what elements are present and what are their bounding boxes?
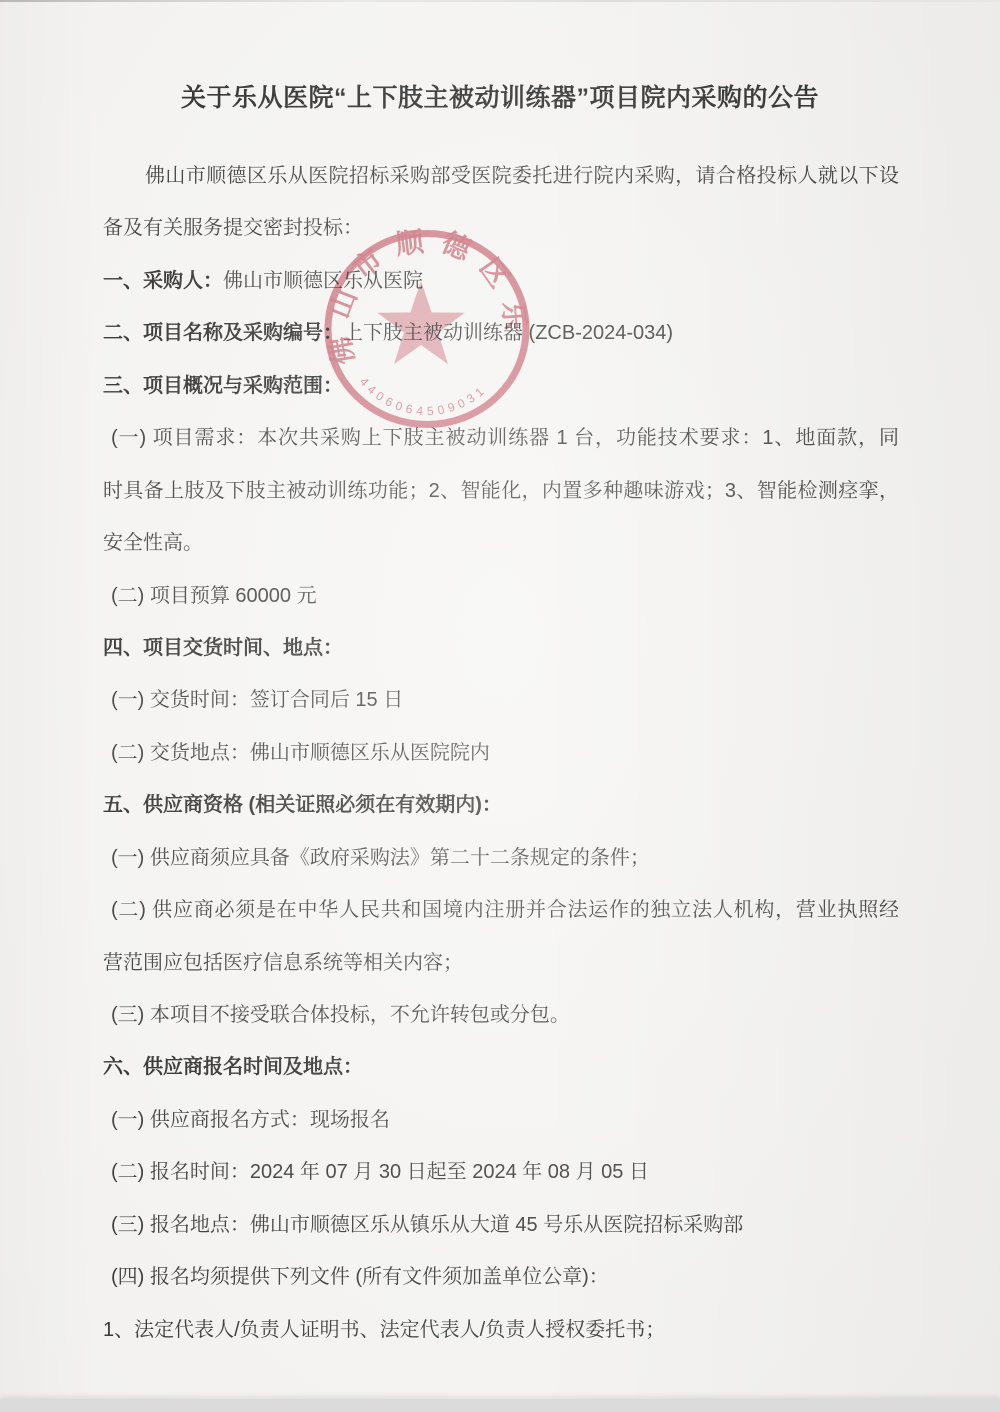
text-line: (一) 项目需求：本次共采购上下肢主被动训练器 1 台，功能技术要求：1、地面款… bbox=[103, 412, 899, 464]
line-heading: 六、供应商报名时间及地点： bbox=[103, 1056, 363, 1078]
text-line: 二、项目名称及采购编号：上下肢主被动训练器 (ZCB-2024-034) bbox=[103, 307, 899, 359]
text-line: (四) 报名均须提供下列文件 (所有文件须加盖单位公章)： bbox=[103, 1251, 899, 1303]
scanned-page: 关于乐从医院“上下肢主被动训练器”项目院内采购的公告 佛山市顺德区乐从医院招标采… bbox=[0, 0, 1000, 1412]
text-line: (三) 报名地点：佛山市顺德区乐从镇乐从大道 45 号乐从医院招标采购部 bbox=[103, 1199, 899, 1251]
text-line: 营范围应包括医疗信息系统等相关内容； bbox=[103, 937, 899, 989]
text-line: 一、采购人：佛山市顺德区乐从医院 bbox=[103, 255, 899, 307]
scan-edge-bottom bbox=[0, 1399, 1000, 1412]
line-heading: 二、项目名称及采购编号： bbox=[103, 322, 343, 344]
text-line: 时具备上肢及下肢主被动训练功能；2、智能化，内置多种趣味游戏；3、智能检测痉挛， bbox=[103, 465, 899, 517]
text-line: (二) 项目预算 60000 元 bbox=[103, 570, 899, 622]
line-heading: 一、采购人： bbox=[103, 270, 223, 292]
text-line: (二) 供应商必须是在中华人民共和国境内注册并合法运作的独立法人机构，营业执照经 bbox=[103, 884, 899, 936]
line-heading: 三、项目概况与采购范围： bbox=[103, 375, 343, 397]
text-line: 三、项目概况与采购范围： bbox=[103, 360, 899, 412]
document-body: 佛山市顺德区乐从医院招标采购部受医院委托进行院内采购，请合格投标人就以下设备及有… bbox=[103, 150, 899, 1356]
document-title: 关于乐从医院“上下肢主被动训练器”项目院内采购的公告 bbox=[0, 78, 1000, 118]
text-line: 1、法定代表人/负责人证明书、法定代表人/负责人授权委托书； bbox=[103, 1304, 899, 1356]
text-line: (一) 供应商须应具备《政府采购法》第二十二条规定的条件； bbox=[103, 832, 899, 884]
text-line: (一) 供应商报名方式：现场报名 bbox=[103, 1094, 899, 1146]
text-line: 六、供应商报名时间及地点： bbox=[103, 1041, 899, 1093]
text-line: 五、供应商资格 (相关证照必须在有效期内)： bbox=[103, 779, 899, 831]
text-line: (二) 交货地点：佛山市顺德区乐从医院院内 bbox=[103, 727, 899, 779]
line-heading: 四、项目交货时间、地点： bbox=[103, 637, 343, 659]
text-line: (一) 交货时间：签订合同后 15 日 bbox=[103, 674, 899, 726]
text-line: 佛山市顺德区乐从医院招标采购部受医院委托进行院内采购，请合格投标人就以下设 bbox=[103, 150, 899, 202]
text-line: (三) 本项目不接受联合体投标，不允许转包或分包。 bbox=[103, 989, 899, 1041]
text-line: 备及有关服务提交密封投标： bbox=[103, 202, 899, 254]
line-heading: 五、供应商资格 (相关证照必须在有效期内)： bbox=[103, 794, 502, 816]
scan-edge-top bbox=[0, 0, 1000, 2]
text-line: 四、项目交货时间、地点： bbox=[103, 622, 899, 674]
text-line: (二) 报名时间：2024 年 07 月 30 日起至 2024 年 08 月 … bbox=[103, 1146, 899, 1198]
text-line: 安全性高。 bbox=[103, 517, 899, 569]
